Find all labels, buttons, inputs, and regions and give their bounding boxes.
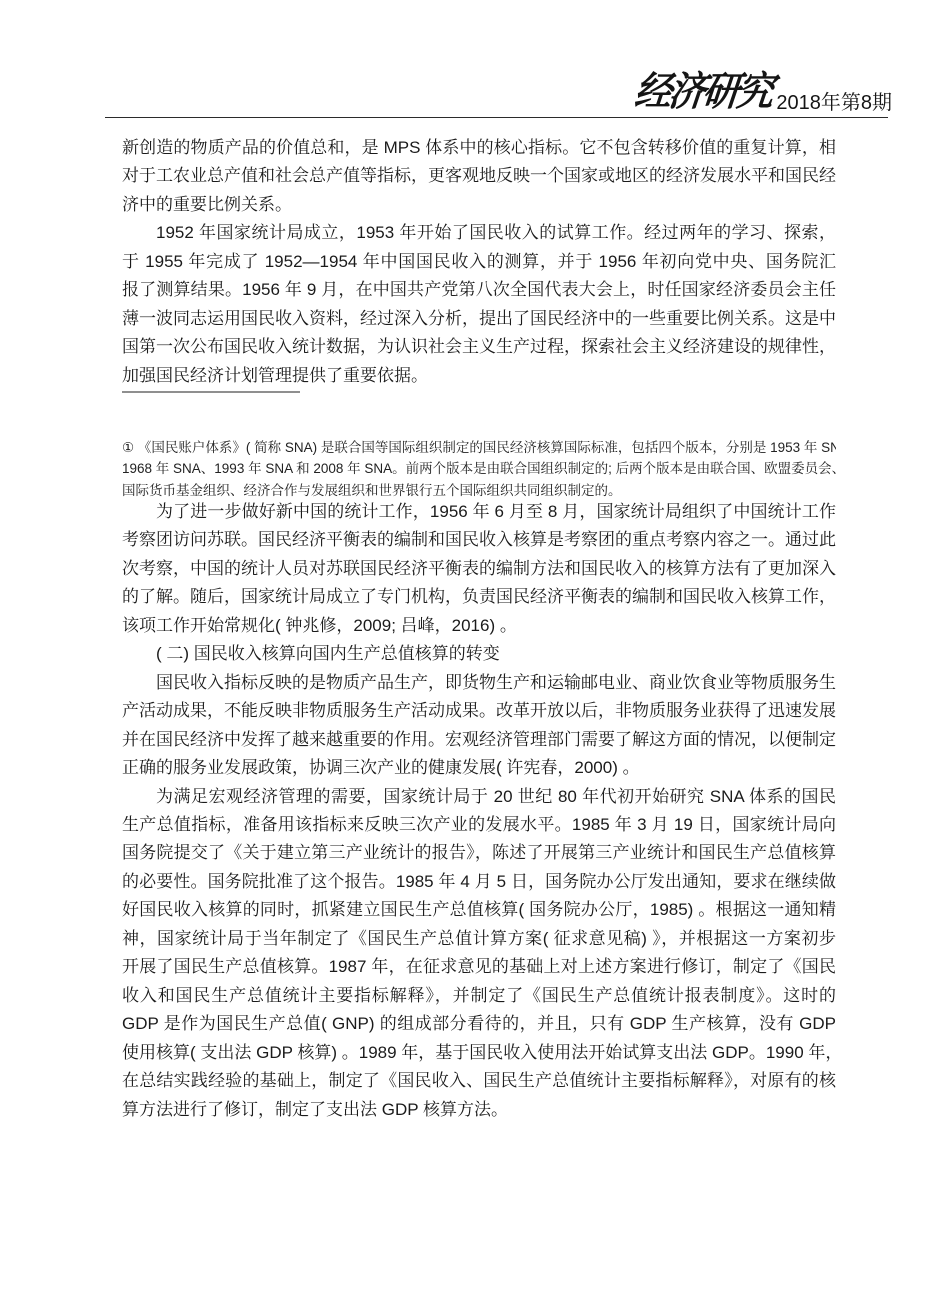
text-line: 在总结实践经验的基础上，制定了《国民收入、国民生产总值统计主要指标解释》，对原有… [122, 1067, 836, 1095]
text-line: 考察团访问苏联。国民经济平衡表的编制和国民收入核算是考察团的重点考察内容之一。通… [122, 526, 836, 554]
text-line: 该项工作开始常规化( 钟兆修，2009; 吕峰，2016) 。 [122, 612, 836, 640]
text-line: 生产总值指标，准备用该指标来反映三次产业的发展水平。1985 年 3 月 19 … [122, 811, 836, 839]
text-line: 并在国民经济中发挥了越来越重要的作用。宏观经济管理部门需要了解这方面的情况，以便… [122, 726, 836, 754]
text-line: 开展了国民生产总值核算。1987 年，在征求意见的基础上对上述方案进行修订，制定… [122, 953, 836, 981]
journal-logo: 经济研究 [632, 68, 773, 118]
paragraph: 新创造的物质产品的价值总和，是 MPS 体系中的核心指标。它不包含转移价值的重复… [122, 134, 836, 219]
header-rule [105, 117, 888, 118]
document-page: 经济研究 2018年第8期 新创造的物质产品的价值总和，是 MPS 体系中的核心… [0, 0, 950, 1290]
paragraph: 为满足宏观经济管理的需要，国家统计局于 20 世纪 80 年代初开始研究 SNA… [122, 783, 836, 1124]
footnote-line: 1968 年 SNA、1993 年 SNA 和 2008 年 SNA。前两个版本… [122, 458, 836, 479]
text-line: 于 1955 年完成了 1952—1954 年中国国民收入的测算，并于 1956… [122, 248, 836, 276]
text-line: 的了解。随后，国家统计局成立了专门机构，负责国民经济平衡表的编制和国民收入核算工… [122, 583, 836, 611]
text-line: 的必要性。国务院批准了这个报告。1985 年 4 月 5 日，国务院办公厅发出通… [122, 868, 836, 896]
footnote-line: ① 《国民账户体系》( 简称 SNA) 是联合国等国际组织制定的国民经济核算国际… [122, 437, 836, 458]
text-line: 国第一次公布国民收入统计数据，为认识社会主义生产过程，探索社会主义经济建设的规律… [122, 333, 836, 361]
text-line: 1952 年国家统计局成立，1953 年开始了国民收入的试算工作。经过两年的学习… [122, 219, 836, 247]
text-line: 为了进一步做好新中国的统计工作，1956 年 6 月至 8 月，国家统计局组织了… [122, 498, 836, 526]
footnote-separator [122, 391, 300, 393]
section-heading: ( 二) 国民收入核算向国内生产总值核算的转变 [122, 640, 836, 668]
text-line: 对于工农业总产值和社会总产值等指标，更客观地反映一个国家或地区的经济发展水平和国… [122, 162, 836, 190]
text-line: 薄一波同志运用国民收入资料，经过深入分析，提出了国民经济中的一些重要比例关系。这… [122, 305, 836, 333]
text-line: 算方法进行了修订，制定了支出法 GDP 核算方法。 [122, 1096, 836, 1124]
text-line: 正确的服务业发展政策，协调三次产业的健康发展( 许宪春，2000) 。 [122, 754, 836, 782]
journal-issue-label: 2018年第8期 [776, 90, 892, 118]
text-line: 产活动成果，不能反映非物质服务生产活动成果。改革开放以后，非物质服务业获得了迅速… [122, 697, 836, 725]
body-text-block-1: 新创造的物质产品的价值总和，是 MPS 体系中的核心指标。它不包含转移价值的重复… [122, 134, 836, 390]
text-line: GDP 是作为国民生产总值( GNP) 的组成部分看待的，并且，只有 GDP 生… [122, 1010, 836, 1038]
text-line: 新创造的物质产品的价值总和，是 MPS 体系中的核心指标。它不包含转移价值的重复… [122, 134, 836, 162]
text-line: 济中的重要比例关系。 [122, 191, 836, 219]
text-line: 使用核算( 支出法 GDP 核算) 。1989 年，基于国民收入使用法开始试算支… [122, 1039, 836, 1067]
paragraph: 为了进一步做好新中国的统计工作，1956 年 6 月至 8 月，国家统计局组织了… [122, 498, 836, 640]
paragraph: 1952 年国家统计局成立，1953 年开始了国民收入的试算工作。经过两年的学习… [122, 219, 836, 390]
text-line: 次考察，中国的统计人员对苏联国民经济平衡表的编制方法和国民收入的核算方法有了更加… [122, 555, 836, 583]
paragraph: 国民收入指标反映的是物质产品生产，即货物生产和运输邮电业、商业饮食业等物质服务生… [122, 669, 836, 783]
footnote: ① 《国民账户体系》( 简称 SNA) 是联合国等国际组织制定的国民经济核算国际… [122, 437, 836, 501]
text-line: 好国民收入核算的同时，抓紧建立国民生产总值核算( 国务院办公厅，1985) 。根… [122, 896, 836, 924]
text-line: 收入和国民生产总值统计主要指标解释》，并制定了《国民生产总值统计报表制度》。这时… [122, 982, 836, 1010]
text-line: 为满足宏观经济管理的需要，国家统计局于 20 世纪 80 年代初开始研究 SNA… [122, 783, 836, 811]
body-text-block-2: 为了进一步做好新中国的统计工作，1956 年 6 月至 8 月，国家统计局组织了… [122, 498, 836, 1124]
text-line: 报了测算结果。1956 年 9 月，在中国共产党第八次全国代表大会上，时任国家经… [122, 276, 836, 304]
text-line: 加强国民经济计划管理提供了重要依据。 [122, 362, 836, 390]
text-line: 国务院提交了《关于建立第三产业统计的报告》，陈述了开展第三产业统计和国民生产总值… [122, 839, 836, 867]
journal-header: 经济研究 2018年第8期 [632, 68, 892, 118]
text-line: 神，国家统计局于当年制定了《国民生产总值计算方案( 征求意见稿) 》，并根据这一… [122, 925, 836, 953]
text-line: 国民收入指标反映的是物质产品生产，即货物生产和运输邮电业、商业饮食业等物质服务生 [122, 669, 836, 697]
